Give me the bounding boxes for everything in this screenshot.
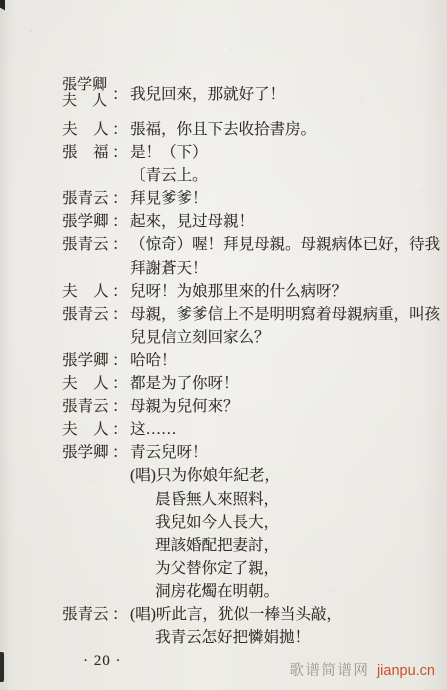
dialogue-continuation: 拜謝蒼天！ — [62, 257, 442, 280]
speaker-name: 張学卿 — [62, 441, 112, 464]
line-text: 我兒如今人長大， — [155, 514, 279, 531]
page-number: · 20 · — [83, 653, 122, 670]
script-line: 張青云：(唱)听此言，犹似一棒当头敲， — [62, 603, 442, 626]
script-text-block: 張学卿夫 人：我兒回來，那就好了！夫 人：張福，你且下去收拾書房。張 福：是！（… — [62, 74, 442, 649]
script-line: 張学卿：青云兒呀！ — [62, 441, 442, 464]
dialogue-text: 哈哈！ — [130, 352, 177, 369]
script-line: 夫 人：張福，你且下去收拾書房。 — [62, 118, 442, 141]
sung-line: 晨昏無人來照料， — [62, 488, 442, 511]
watermark-site-url: jianpu.cn — [377, 663, 435, 679]
speaker-colon: ： — [112, 603, 130, 626]
sung-line: (唱)只为你娘年紀老， — [62, 464, 442, 487]
speaker-name: 夫 人 — [62, 118, 112, 141]
script-line: 張青云：（惊奇）喔！拜見母親。母親病体已好，待我 — [62, 233, 442, 256]
sung-line: 理該婚配把妻討， — [62, 534, 442, 557]
dialogue-text: 母親为兒何來？ — [130, 398, 239, 415]
speaker-colon: ： — [112, 372, 130, 395]
line-text: 兒見信立刻回家么？ — [130, 329, 270, 346]
watermark: 歌谱简谱网 jianpu.cn — [289, 659, 435, 680]
speaker-name: 張学卿 — [62, 349, 112, 372]
speaker-name: 張青云 — [62, 187, 112, 210]
watermark-site-name: 歌谱简谱网 — [289, 663, 369, 679]
dialogue-text: 兒呀！为娘那里來的什么病呀？ — [130, 283, 347, 300]
speaker-name: 張学卿 — [62, 77, 112, 94]
sung-line: 洞房花燭在明朝。 — [62, 580, 442, 603]
speaker-name: 夫 人 — [62, 280, 112, 303]
script-line: 張学卿：起來，見过母親！ — [62, 210, 442, 233]
speaker-colon: ： — [112, 187, 130, 210]
sung-line: 我青云怎好把憐娟拋！ — [62, 626, 442, 649]
speaker-colon: ： — [112, 395, 130, 418]
script-line: 張青云：母親，爹爹信上不是明明寫着母親病重，叫孩 — [62, 303, 442, 326]
speaker-colon: ： — [112, 82, 130, 104]
script-line-dual-speaker: 張学卿夫 人：我兒回來，那就好了！ — [62, 74, 442, 112]
speaker-name: 張青云 — [62, 303, 112, 326]
scanned-script-page: { "page": { "number": "· 20 ·", "colon":… — [0, 0, 447, 690]
speaker-colon: ： — [112, 210, 130, 233]
dialogue-continuation: 兒見信立刻回家么？ — [62, 326, 442, 349]
dialogue-text: （惊奇）喔！拜見母親。母親病体已好，待我 — [130, 236, 440, 253]
dialogue-text: 我兒回來，那就好了！ — [130, 82, 285, 104]
stage-direction: 〔青云上。 — [62, 164, 442, 187]
speaker-colon: ： — [112, 349, 130, 372]
speaker-colon: ： — [112, 280, 130, 303]
speaker-colon: ： — [112, 418, 130, 441]
speaker-name: 張青云 — [62, 233, 112, 256]
dialogue-text: 都是为了你呀！ — [130, 375, 239, 392]
line-text: 〔青云上。 — [130, 167, 208, 184]
speaker-colon: ： — [112, 141, 130, 164]
line-text: 为父替你定了親， — [155, 560, 279, 577]
script-line: 張青云：拜見爹爹！ — [62, 187, 442, 210]
speaker-name: 張学卿 — [62, 210, 112, 233]
dialogue-text: (唱)听此言，犹似一棒当头敲， — [130, 606, 342, 623]
speaker-name: 張 福 — [62, 141, 112, 164]
speaker-names: 張学卿夫 人 — [62, 77, 112, 110]
script-line: 張 福：是！（下） — [62, 141, 442, 164]
speaker-colon: ： — [112, 233, 130, 256]
speaker-colon: ： — [112, 118, 130, 141]
sung-line: 我兒如今人長大， — [62, 511, 442, 534]
speaker-name: 夫 人 — [62, 93, 112, 110]
speaker-colon: ： — [112, 441, 130, 464]
line-text: 理該婚配把妻討， — [155, 537, 279, 554]
speaker-name: 張青云 — [62, 395, 112, 418]
dialogue-text: 这…… — [130, 421, 177, 438]
speaker-name: 夫 人 — [62, 418, 112, 441]
line-text: 洞房花燭在明朝。 — [155, 583, 279, 600]
speaker-colon: ： — [112, 303, 130, 326]
scan-edge-artifact — [0, 652, 4, 682]
dialogue-text: 青云兒呀！ — [130, 444, 208, 461]
dialogue-text: 張福，你且下去收拾書房。 — [130, 121, 316, 138]
sung-line: 为父替你定了親， — [62, 557, 442, 580]
script-line: 夫 人：兒呀！为娘那里來的什么病呀？ — [62, 280, 442, 303]
script-line: 夫 人：这…… — [62, 418, 442, 441]
dialogue-text: 起來，見过母親！ — [130, 213, 254, 230]
line-text: 拜謝蒼天！ — [130, 260, 208, 277]
line-text: (唱)只为你娘年紀老， — [130, 467, 280, 484]
script-line: 張青云：母親为兒何來？ — [62, 395, 442, 418]
dialogue-text: 母親，爹爹信上不是明明寫着母親病重，叫孩 — [130, 306, 440, 323]
dialogue-text: 是！（下） — [130, 144, 208, 161]
script-line: 張学卿：哈哈！ — [62, 349, 442, 372]
scan-corner-artifact — [0, 0, 5, 10]
speaker-name: 夫 人 — [62, 372, 112, 395]
dialogue-text: 拜見爹爹！ — [130, 190, 208, 207]
line-text: 晨昏無人來照料， — [155, 491, 279, 508]
line-text: 我青云怎好把憐娟拋！ — [155, 629, 310, 646]
speaker-name: 張青云 — [62, 603, 112, 626]
script-line: 夫 人：都是为了你呀！ — [62, 372, 442, 395]
